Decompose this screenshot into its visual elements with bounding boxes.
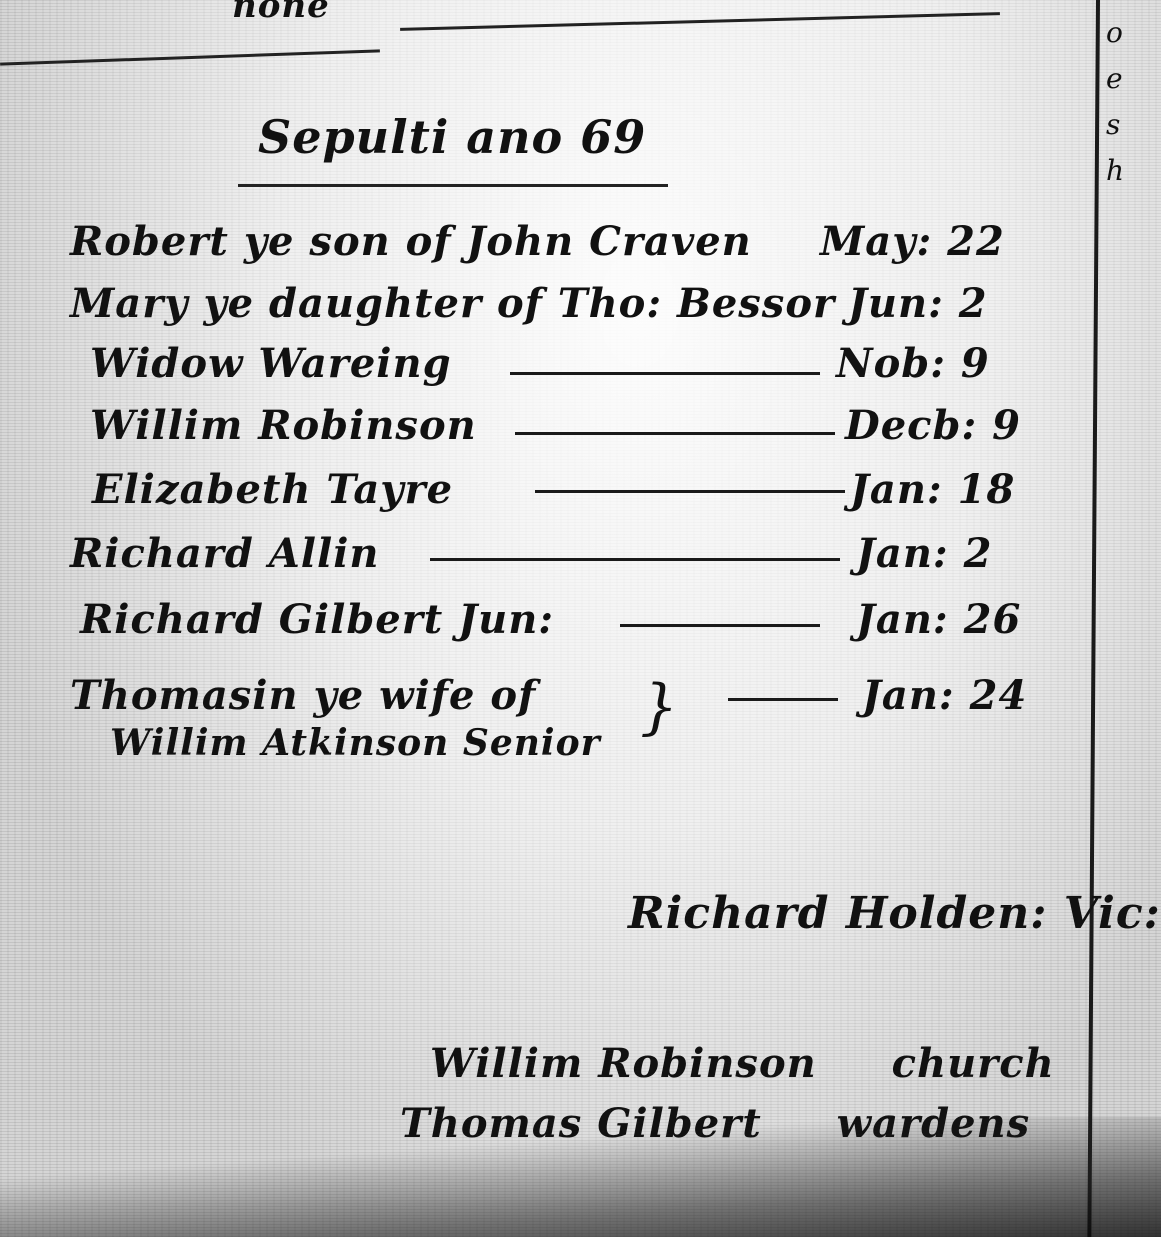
entry-name: Richard Allin: [70, 530, 379, 577]
entry-date: Jan: 26: [856, 596, 1021, 643]
role-label: church: [892, 1040, 1055, 1087]
register-entry: Richard Gilbert Jun: Jan: 26: [0, 596, 1090, 656]
churchwarden-signature-1: Willim Robinson church: [430, 1040, 1055, 1087]
entry-date: May: 22: [820, 218, 1005, 265]
margin-mark: e: [1106, 56, 1156, 102]
leader-line: [515, 432, 835, 435]
entry-date: Jan: 24: [862, 672, 1027, 719]
margin-mark: s: [1106, 102, 1156, 148]
entry-date: Jan: 2: [856, 530, 992, 577]
register-entry: Thomasin ye wife of } Jan: 24 Willim Atk…: [0, 672, 1090, 792]
entry-name: Widow Wareing: [90, 340, 452, 387]
leader-line: [510, 372, 820, 375]
entry-name: Elizabeth Tayre: [92, 466, 453, 513]
entry-name: Richard Gilbert Jun:: [80, 596, 554, 643]
heading-underline: [238, 184, 668, 187]
entry-date: Jun: 2: [848, 280, 988, 327]
ruled-line: [0, 49, 380, 65]
register-entry: Willim Robinson Decb: 9: [0, 402, 1090, 462]
entry-date: Jan: 18: [850, 466, 1015, 513]
register-entry: Widow Wareing Nob: 9: [0, 340, 1090, 400]
margin-marks: o e s h: [1106, 10, 1156, 194]
register-entry: Elizabeth Tayre Jan: 18: [0, 466, 1090, 526]
register-entry: Robert ye son of John Craven May: 22: [0, 218, 1090, 278]
entry-name: Mary ye daughter of Tho: Bessor: [70, 280, 835, 327]
leader-line: [620, 624, 820, 627]
leader-line: [430, 558, 840, 561]
leader-line: [535, 490, 845, 493]
entry-name: Thomasin ye wife of: [70, 672, 536, 719]
register-entry: Richard Allin Jan: 2: [0, 530, 1090, 590]
minister-signature: Richard Holden: Vic:: [628, 888, 1161, 939]
churchwarden-name: Willim Robinson: [430, 1040, 817, 1087]
register-entry: Mary ye daughter of Tho: Bessor Jun: 2: [0, 280, 1090, 340]
register-page: none o e s h Sepulti ano 69 Robert ye so…: [0, 0, 1161, 1237]
leader-line: [728, 698, 838, 701]
ruled-line: [400, 12, 1000, 31]
page-shadow: [0, 1117, 1161, 1237]
brace-icon: }: [640, 672, 679, 742]
entry-date: Nob: 9: [836, 340, 990, 387]
top-fragment-text: none: [232, 0, 330, 26]
register-heading: Sepulti ano 69: [258, 110, 646, 164]
entry-name-continued: Willim Atkinson Senior: [110, 722, 601, 764]
entry-name: Willim Robinson: [90, 402, 477, 449]
entry-name: Robert ye son of John Craven: [70, 218, 752, 265]
entry-date: Decb: 9: [845, 402, 1021, 449]
margin-mark: h: [1106, 148, 1156, 194]
margin-mark: o: [1106, 10, 1156, 56]
